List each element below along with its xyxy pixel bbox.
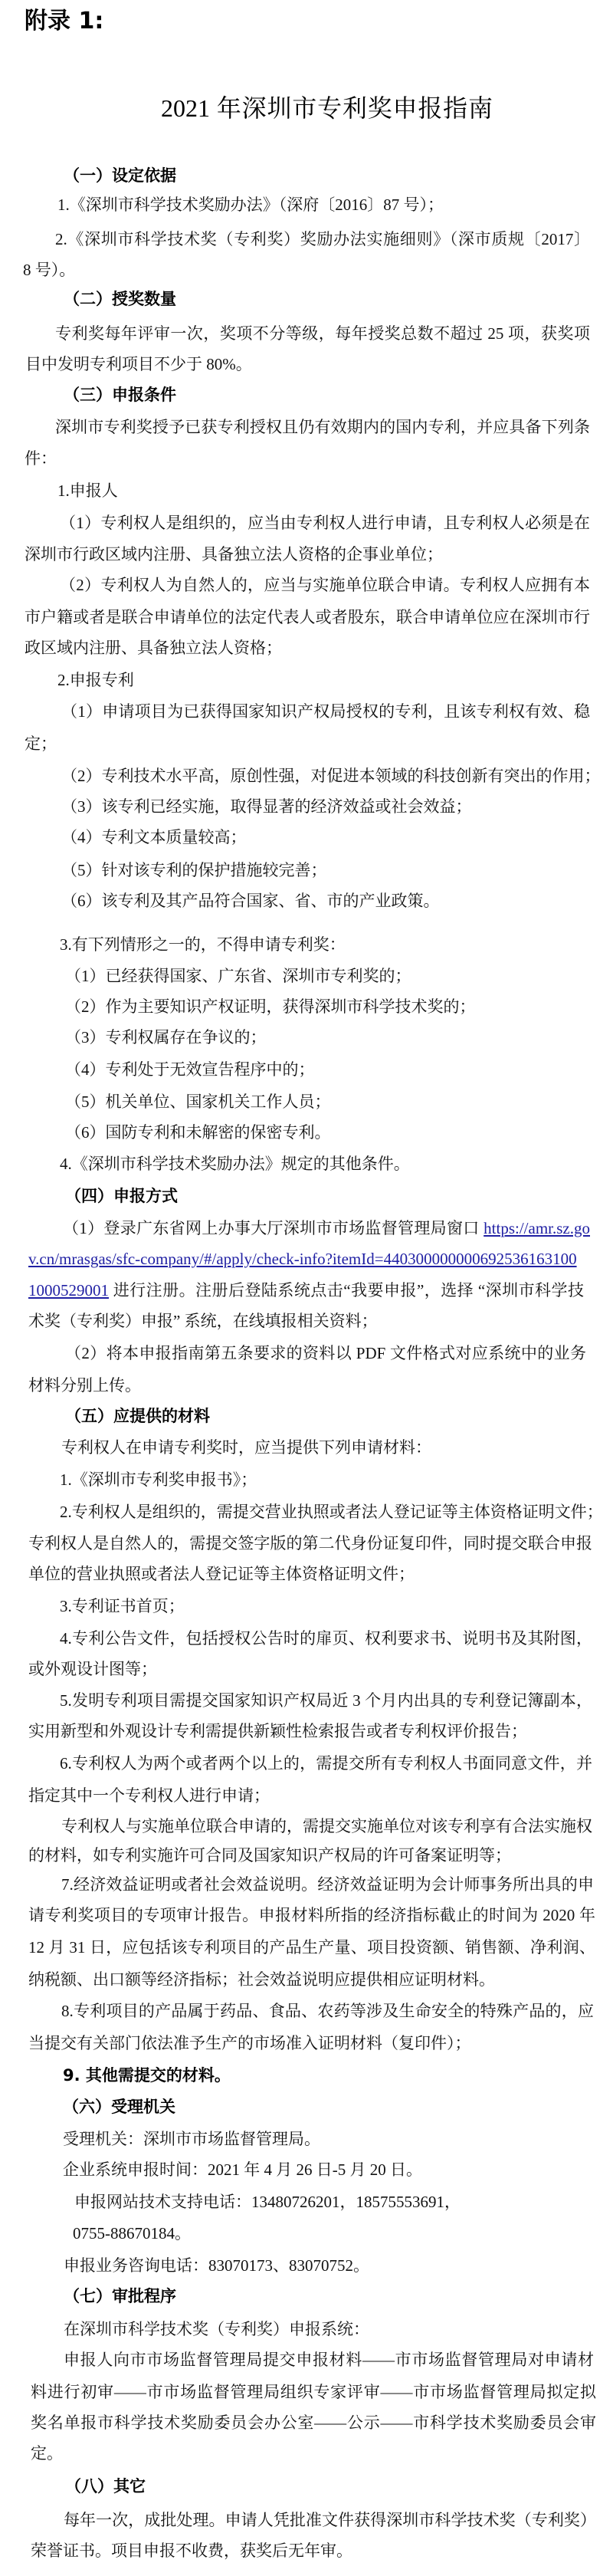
body-line: 专利权人在申请专利奖时，应当提供下列申请材料： (61, 1432, 431, 1463)
section-heading-other: （八）其它 (65, 2471, 146, 2502)
section-heading-basis: （一）设定依据 (64, 160, 176, 191)
body-line: 12 月 31 日，应包括该专利项目的产品生产量、项目投资额、销售额、净利润、 (28, 1932, 595, 1963)
list-item: （1）已经获得国家、广东省、深圳市专利奖的； (65, 961, 411, 991)
body-line: 纳税额、出口额等经济指标；社会效益说明应提供相应证明材料。 (28, 1964, 495, 1995)
list-item: 5.发明专利项目需提交国家知识产权局近 3 个月内出具的专利登记簿副本， (60, 1685, 592, 1716)
body-line: 专利奖每年评审一次，奖项不分等级，每年授奖总数不超过 25 项，获奖项 (55, 318, 590, 349)
body-line: 奖名单报市科学技术奖励委员会办公室——公示——市科学技术奖励委员会审 (31, 2407, 596, 2438)
list-item: （4）专利文本质量较高； (61, 822, 247, 853)
list-item: （4）专利处于无效宣告程序中的； (65, 1054, 315, 1085)
document-title: 2021 年深圳市专利奖申报指南 (161, 91, 493, 125)
body-line: （2）将本申报指南第五条要求的资料以 PDF 文件格式对应系统中的业务 (65, 1338, 586, 1368)
body-line: 材料分别上传。 (28, 1370, 141, 1401)
body-line: 定。 (31, 2438, 63, 2469)
list-item: 4.专利公告文件，包括授权公告时的扉页、权利要求书、说明书及其附图， (60, 1623, 592, 1654)
list-item: （6）该专利及其产品符合国家、省、市的产业政策。 (61, 886, 440, 916)
body-line: 深圳市专利奖授予已获专利授权且仍有效期内的国内专利，并应具备下列条 (55, 412, 590, 442)
list-item: （2）专利技术水平高，原创性强，对促进本领域的科技创新有突出的作用； (61, 761, 579, 791)
body-line: 的材料，如专利实施许可合同及国家知识产权局的许可备案证明等； (28, 1840, 511, 1871)
body-text: 进行注册。注册后登陆系统点击“我要申报”，选择 “深圳市科学技 (109, 1281, 584, 1299)
registration-link[interactable]: https://amr.sz.go (484, 1219, 590, 1237)
subheading-patent: 2.申报专利 (57, 665, 134, 695)
body-line: 或外观设计图等； (28, 1654, 157, 1684)
body-line: 定； (25, 728, 57, 759)
list-item: 8.专利项目的产品属于药品、食品、农药等涉及生命安全的特殊产品的，应 (61, 1996, 594, 2026)
list-item: 2.专利权人是组织的，需提交营业执照或者法人登记证等主体资格证明文件； (60, 1497, 602, 1527)
tech-support-phones: 申报网站技术支持电话：13480726201，18575553691， (74, 2187, 461, 2217)
list-item: （6）国防专利和未解密的保密专利。 (65, 1117, 331, 1148)
body-line: 专利权人是自然人的，需提交签字版的第二代身份证复印件，同时提交联合申报 (28, 1528, 592, 1559)
body-line: v.cn/mrasgas/sfc-company/#/apply/check-i… (28, 1244, 577, 1274)
body-line: 2.《深圳市科学技术奖（专利奖）奖励办法实施细则》（深市质规〔2017〕 (55, 224, 590, 255)
list-item: 6.专利权人为两个或者两个以上的，需提交所有专利权人书面同意文件，并 (60, 1748, 592, 1779)
section-heading-procedure: （七）审批程序 (64, 2281, 176, 2311)
body-line: 料进行初审——市市场监督管理局组织专家评审——市市场监督管理局拟定拟 (31, 2377, 596, 2407)
section-heading-award-quantity: （二）授奖数量 (64, 284, 176, 314)
list-item: （5）机关单位、国家机关工作人员； (65, 1086, 331, 1117)
list-item: 7.经济效益证明或者社会效益说明。经济效益证明为会计师事务所出具的申 (61, 1869, 594, 1900)
body-line: 单位的营业执照或者法人登记证等主体资格证明文件； (28, 1559, 415, 1589)
body-line: 1000529001 进行注册。注册后登陆系统点击“我要申报”，选择 “深圳市科… (28, 1275, 584, 1306)
list-item: 1.《深圳市专利奖申报书》； (60, 1464, 257, 1495)
body-line: 件： (25, 443, 57, 474)
list-item: （3）专利权属存在争议的； (65, 1022, 267, 1053)
subheading-other-conditions: 4.《深圳市科学技术奖励办法》规定的其他条件。 (60, 1148, 410, 1179)
body-line: 指定其中一个专利权人进行申请； (28, 1780, 270, 1811)
list-item-other-materials: 9. 其他需提交的材料。 (63, 2060, 231, 2091)
consultation-phones: 申报业务咨询电话：83070173、83070752。 (64, 2250, 369, 2281)
subheading-exclusions: 3.有下列情形之一的，不得申请专利奖： (60, 929, 346, 960)
application-period: 企业系统申报时间：2021 年 4 月 26 日-5 月 20 日。 (63, 2154, 422, 2185)
authority-line: 受理机关：深圳市市场监督管理局。 (63, 2124, 320, 2154)
section-heading-materials: （五）应提供的材料 (65, 1401, 210, 1431)
subheading-applicant: 1.申报人 (57, 475, 118, 506)
body-line: 深圳市行政区域内注册、具备独立法人资格的企事业单位； (25, 539, 443, 570)
body-line: （1）登录广东省网上办事大厅深圳市市场监督管理局窗口 https://amr.s… (63, 1213, 590, 1244)
body-line: （2）专利权人为自然人的，应当与实施单位联合申请。专利权人应拥有本 (60, 570, 590, 600)
body-line: 请专利奖项目的专项审计报告。申报材料所指的经济指标截止的时间为 2020 年 (28, 1900, 595, 1930)
section-heading-method: （四）申报方式 (65, 1181, 178, 1211)
tech-support-phone-landline: 0755-88670184。 (73, 2218, 191, 2249)
body-line: 荣誉证书。项目申报不收费，获奖后无年审。 (31, 2535, 352, 2566)
body-line: 在深圳市科学技术奖（专利奖）申报系统： (64, 2314, 369, 2344)
body-line: 1.《深圳市科学技术奖励办法》（深府〔2016〕87 号）； (57, 189, 444, 220)
list-item: （2）作为主要知识产权证明，获得深圳市科学技术奖的； (65, 991, 476, 1022)
list-item: 3.专利证书首页； (60, 1591, 185, 1621)
list-item: （5）针对该专利的保护措施较完善； (61, 855, 327, 886)
body-line: 申报人向市市场监督管理局提交申报材料——市市场监督管理局对申请材 (64, 2344, 594, 2375)
registration-link[interactable]: v.cn/mrasgas/sfc-company/#/apply/check-i… (28, 1250, 577, 1268)
registration-link[interactable]: 1000529001 (28, 1281, 109, 1299)
body-line: 实用新型和外观设计专利需提供新颖性检索报告或者专利权评价报告； (28, 1716, 527, 1746)
body-line: 目中发明专利项目不少于 80%。 (25, 349, 252, 379)
body-line: 术奖（专利奖）申报” 系统，在线填报相关资料； (28, 1306, 378, 1336)
body-line: （1）申请项目为已获得国家知识产权局授权的专利，且该专利权有效、稳 (61, 696, 590, 727)
body-text: （1）登录广东省网上办事大厅深圳市市场监督管理局窗口 (63, 1219, 484, 1237)
list-item: （3）该专利已经实施，取得显著的经济效益或社会效益； (61, 791, 472, 822)
appendix-label: 附录 1: (25, 6, 103, 37)
body-line: （1）专利权人是组织的，应当由专利权人进行申请，且专利权人必须是在 (60, 508, 590, 538)
body-line: 专利权人与实施单位联合申请的，需提交实施单位对该专利享有合法实施权 (61, 1811, 592, 1842)
section-heading-conditions: （三）申报条件 (64, 379, 176, 410)
body-line: 8 号）。 (23, 255, 75, 285)
section-heading-authority: （六）受理机关 (63, 2091, 175, 2122)
body-line: 每年一次，成批处理。申请人凭批准文件获得深圳市科学技术奖（专利奖） (64, 2505, 596, 2535)
body-line: 市户籍或者是联合申请单位的法定代表人或者股东，联合申请单位应在深圳市行 (25, 602, 590, 632)
body-line: 当提交有关部门依法准予生产的市场准入证明材料（复印件）； (28, 2028, 471, 2058)
body-line: 政区域内注册、具备独立法人资格； (25, 632, 282, 663)
